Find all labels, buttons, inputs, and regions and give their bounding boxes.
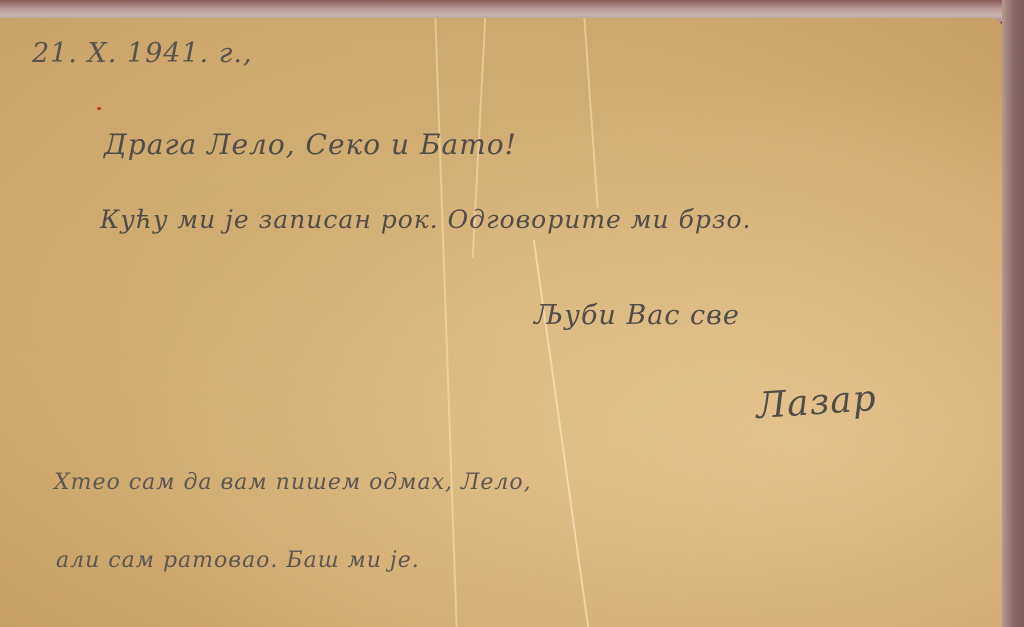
- letter-signature: Лазар: [755, 378, 878, 427]
- letter-body-line: Кућу ми је записан рок. Одговорите ми бр…: [100, 205, 751, 234]
- letter-closing: Љуби Вас све: [534, 300, 740, 331]
- postscript-line-2: али сам ратовао. Баш ми је.: [56, 548, 420, 573]
- letter-paper: [0, 18, 1004, 627]
- letter-date: 21. X. 1941. г.,: [32, 38, 253, 69]
- ink-spot: [97, 107, 101, 110]
- letter-greeting: Драга Лело, Секо и Бато!: [104, 128, 517, 161]
- plastic-sleeve-right-edge: [1002, 0, 1024, 627]
- postscript-line-1: Хтео сам да вам пишем одмах, Лело,: [54, 470, 532, 495]
